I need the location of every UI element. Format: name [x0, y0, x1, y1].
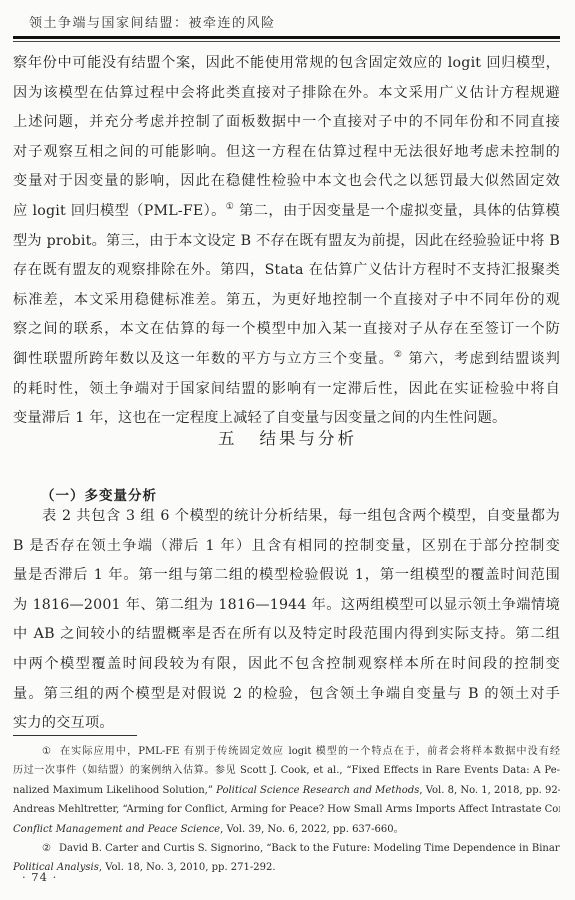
footnote-1-line: 历过一次事件（如结盟）的案例纳入估算。参见 Scott J. Cook, et … — [13, 761, 560, 780]
text-segment: 应 logit 回归模型（PML-FE）。 — [13, 203, 226, 219]
text-line: B 是否存在领土争端（滞后 1 年）且含有相同的控制变量，区别在于部分控制变 — [13, 532, 560, 562]
journal-title: Political Science Research and Methods — [216, 785, 419, 796]
subsection-heading: （一）多变量分析 — [41, 484, 157, 504]
section-title: 结果与分析 — [260, 429, 358, 448]
footnotes: ①在实际应用中，PML-FE 有别于传统固定效应 logit 模型的一个特点在于… — [13, 742, 560, 878]
section-paragraph: 表 2 共包含 3 组 6 个模型的统计分析结果，每一组包含两个模型，自变量都为… — [13, 502, 560, 739]
footnote-separator — [13, 735, 137, 736]
footnote-1-line: ①在实际应用中，PML-FE 有别于传统固定效应 logit 模型的一个特点在于… — [13, 742, 560, 761]
text-line: 中两个模型覆盖时间段较为有限，因此不包含控制观察样本所在时间段的控制变 — [13, 650, 560, 680]
text-segment: 第二，由于因变量是一个虚拟变量，具体的估算模 — [234, 203, 560, 219]
journal-title: Conflict Management and Peace Science — [13, 824, 220, 835]
footnote-1-mark: ① — [42, 746, 52, 757]
text-line: 存在既有盟友的观察排除在外。第四，Stata 在估算广义估计方程时不支持汇报聚类 — [13, 256, 560, 286]
text-line: 的耗时性，领土争端对于国家间结盟的影响有一定滞后性，因此在实证检验中将自 — [13, 375, 560, 405]
text-line: 标准差，本文采用稳健标准差。第五，为更好地控制一个直接对子中不同年份的观 — [13, 286, 560, 316]
header-rule-thick — [13, 36, 560, 39]
text-line: 对子观察互相之间的可能影响。但这一方程在估算过程中无法很好地考虑未控制的 — [13, 138, 560, 168]
header-rule-thin — [13, 41, 560, 42]
text-line: 察年份中可能没有结盟个案，因此不能使用常规的包含固定效应的 logit 回归模型… — [13, 49, 560, 79]
text-line: 型为 probit。第三，由于本文设定 B 不存在既有盟友为前提，因此在经验验证… — [13, 227, 560, 257]
section-heading: 五结果与分析 — [0, 425, 575, 449]
text-line-with-footnote: 御性联盟所跨年数以及这一年数的平方与立方三个变量。② 第六，考虑到结盟谈判 — [13, 345, 560, 375]
footnote-1-line: Andreas Mehltretter, “Arming for Conflic… — [13, 800, 560, 819]
section-number: 五 — [218, 429, 238, 448]
footnote-ref-2[interactable]: ② — [394, 350, 403, 360]
text-line: 察之间的联系，本文在估算的每一个模型中加入某一直接对子从存在至签订一个防 — [13, 315, 560, 345]
footnote-2-mark: ② — [42, 843, 51, 854]
text-line-with-footnote: 应 logit 回归模型（PML-FE）。① 第二，由于因变量是一个虚拟变量，具… — [13, 197, 560, 227]
text-line: 量。第三组的两个模型是对假说 2 的检验，包含领土争端自变量与 B 的领土对手 — [13, 680, 560, 710]
footnote-2-line: ②David B. Carter and Curtis S. Signorino… — [13, 839, 560, 858]
text-line: 变量对于因变量的影响，因此在稳健性检验中本文也会代之以惩罚最大似然固定效 — [13, 167, 560, 197]
continued-paragraph: 察年份中可能没有结盟个案，因此不能使用常规的包含固定效应的 logit 回归模型… — [13, 49, 560, 434]
page-number: · 74 · — [22, 870, 57, 884]
text-line: 因为该模型在估算过程中会将此类直接对子排除在外。本文采用广义估计方程规避 — [13, 79, 560, 109]
text-segment: 御性联盟所跨年数以及这一年数的平方与立方三个变量。 — [13, 351, 394, 367]
footnote-1-line: Conflict Management and Peace Science, V… — [13, 820, 560, 839]
text-line: 中 AB 之间较小的结盟概率是否在所有以及特定时段范围内得到实际支持。第二组 — [13, 620, 560, 650]
document-page: 领土争端与国家间结盟：被牵连的风险 察年份中可能没有结盟个案，因此不能使用常规的… — [0, 0, 575, 900]
footnote-1-line: nalized Maximum Likelihood Solution,” Po… — [13, 781, 560, 800]
text-line: 表 2 共包含 3 组 6 个模型的统计分析结果，每一组包含两个模型，自变量都为 — [13, 502, 560, 532]
text-segment: 第六，考虑到结盟谈判 — [403, 351, 560, 367]
text-line: 为 1816—2001 年、第二组为 1816—1944 年。这两组模型可以显示… — [13, 591, 560, 621]
running-head: 领土争端与国家间结盟：被牵连的风险 — [29, 12, 276, 31]
text-line: 上述问题，并充分考虑并控制了面板数据中一个直接对子中的不同年份和不同直接 — [13, 108, 560, 138]
footnote-2-line: Political Analysis, Vol. 18, No. 3, 2010… — [13, 858, 560, 877]
text-line: 量是否滞后 1 年。第一组与第二组的模型检验假说 1，第一组模型的覆盖时间范围 — [13, 561, 560, 591]
footnote-ref-1[interactable]: ① — [226, 202, 234, 212]
